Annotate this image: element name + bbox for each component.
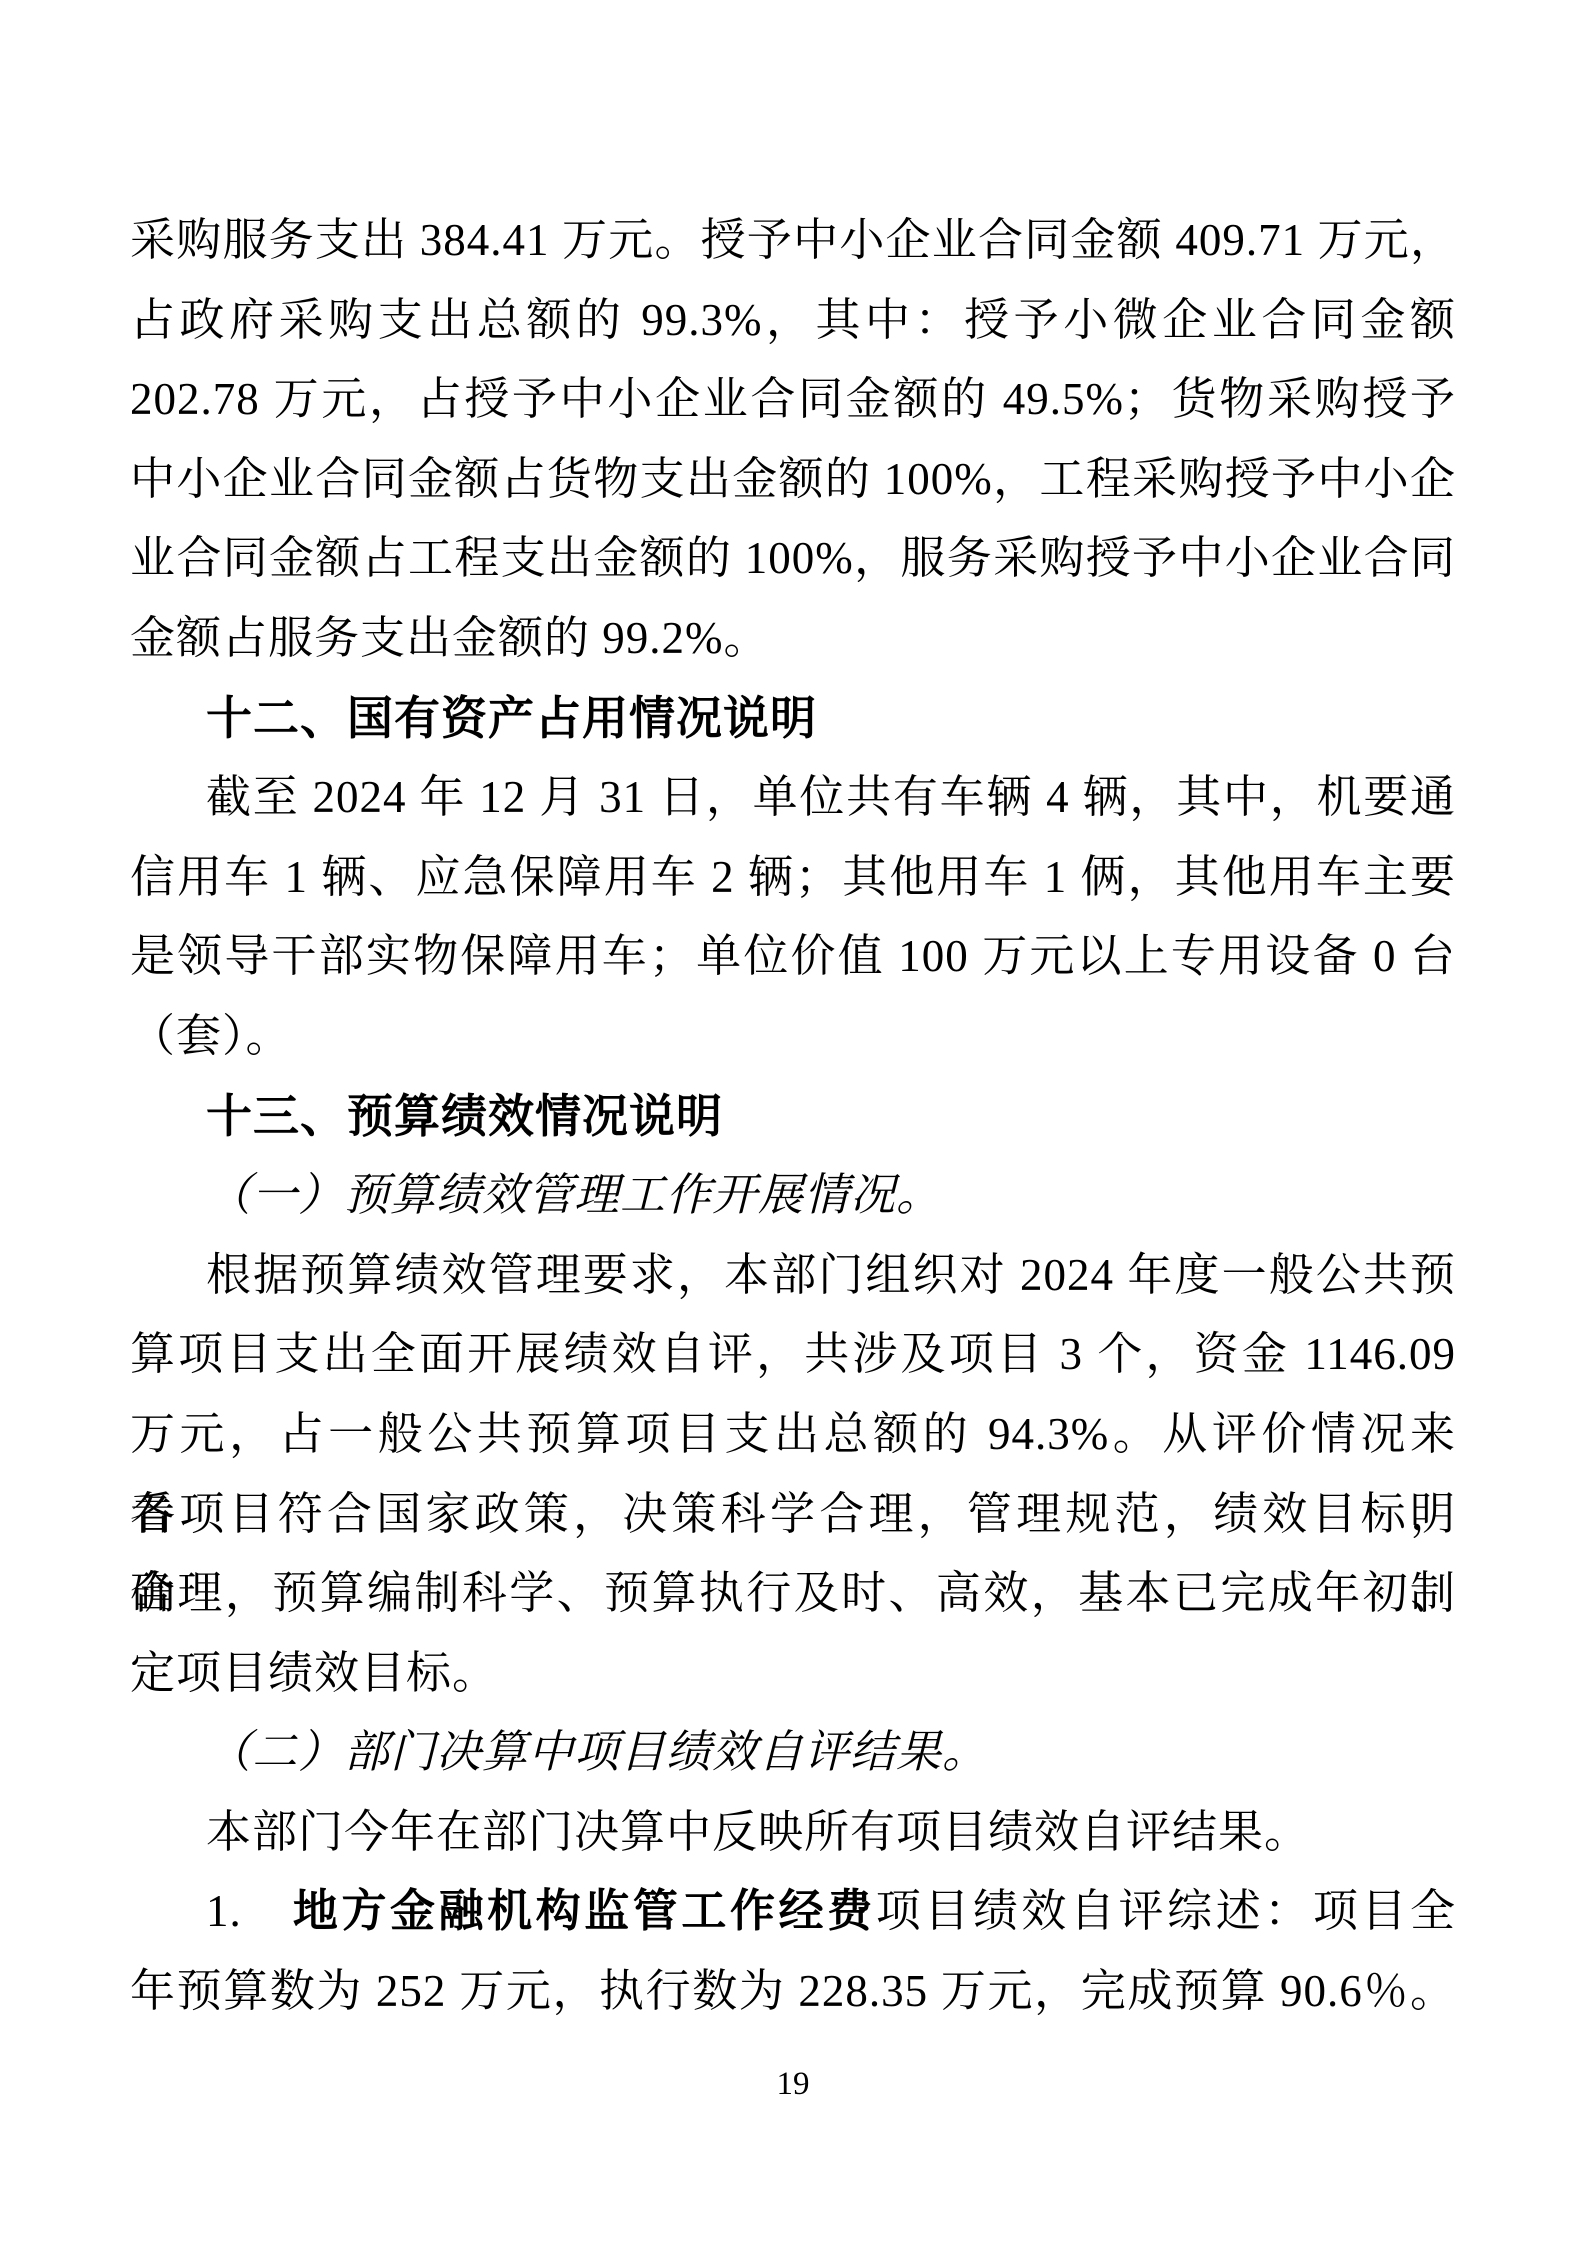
section-heading: 十三、预算绩效情况说明 [130, 1077, 1456, 1157]
text-line: 本部门今年在部门决算中反映所有项目绩效自评结果。 [130, 1793, 1456, 1873]
text-line: 占政府采购支出总额的 99.3%，其中：授予小微企业合同金额 [130, 281, 1456, 361]
document-body: 采购服务支出 384.41 万元。授予中小企业合同金额 409.71 万元，占政… [130, 201, 1456, 2032]
page-number: 19 [0, 2062, 1586, 2106]
text-line: 是领导干部实物保障用车；单位价值 100 万元以上专用设备 0 台 [130, 917, 1456, 997]
text-line: 202.78 万元，占授予中小企业合同金额的 49.5%；货物采购授予 [130, 360, 1456, 440]
text-line: 中小企业合同金额占货物支出金额的 100%，工程采购授予中小企 [130, 440, 1456, 520]
text-line: 根据预算绩效管理要求，本部门组织对 2024 年度一般公共预 [130, 1236, 1456, 1316]
text-segment: 1. [206, 1886, 293, 1936]
text-segment: 项目绩效自评综述：项目全 [876, 1886, 1456, 1936]
text-line: 算项目支出全面开展绩效自评，共涉及项目 3 个，资金 1146.09 [130, 1315, 1456, 1395]
text-line: 万元，占一般公共预算项目支出总额的 94.3%。从评价情况来看， [130, 1395, 1456, 1475]
text-line: 定项目绩效目标。 [130, 1634, 1456, 1714]
text-line: 年预算数为 252 万元，执行数为 228.35 万元，完成预算 90.6％。 [130, 1952, 1456, 2032]
text-line: 1. 地方金融机构监管工作经费项目绩效自评综述：项目全 [130, 1872, 1456, 1952]
text-line: 金额占服务支出金额的 99.2%。 [130, 599, 1456, 679]
text-line: （套）。 [130, 997, 1456, 1077]
text-line: 采购服务支出 384.41 万元。授予中小企业合同金额 409.71 万元， [130, 201, 1456, 281]
text-line: （二）部门决算中项目绩效自评结果。 [130, 1713, 1456, 1793]
text-line: 合理，预算编制科学、预算执行及时、高效，基本已完成年初制 [130, 1554, 1456, 1634]
text-line: 业合同金额占工程支出金额的 100%，服务采购授予中小企业合同 [130, 519, 1456, 599]
text-line: 信用车 1 辆、应急保障用车 2 辆；其他用车 1 俩，其他用车主要 [130, 838, 1456, 918]
bold-text-segment: 地方金融机构监管工作经费 [293, 1886, 876, 1936]
section-heading: 十二、国有资产占用情况说明 [130, 679, 1456, 759]
text-line: （一）预算绩效管理工作开展情况。 [130, 1156, 1456, 1236]
document-page: 采购服务支出 384.41 万元。授予中小企业合同金额 409.71 万元，占政… [0, 0, 1586, 2242]
text-line: 截至 2024 年 12 月 31 日，单位共有车辆 4 辆，其中，机要通 [130, 758, 1456, 838]
text-line: 各项目符合国家政策，决策科学合理，管理规范，绩效目标明确、 [130, 1475, 1456, 1555]
